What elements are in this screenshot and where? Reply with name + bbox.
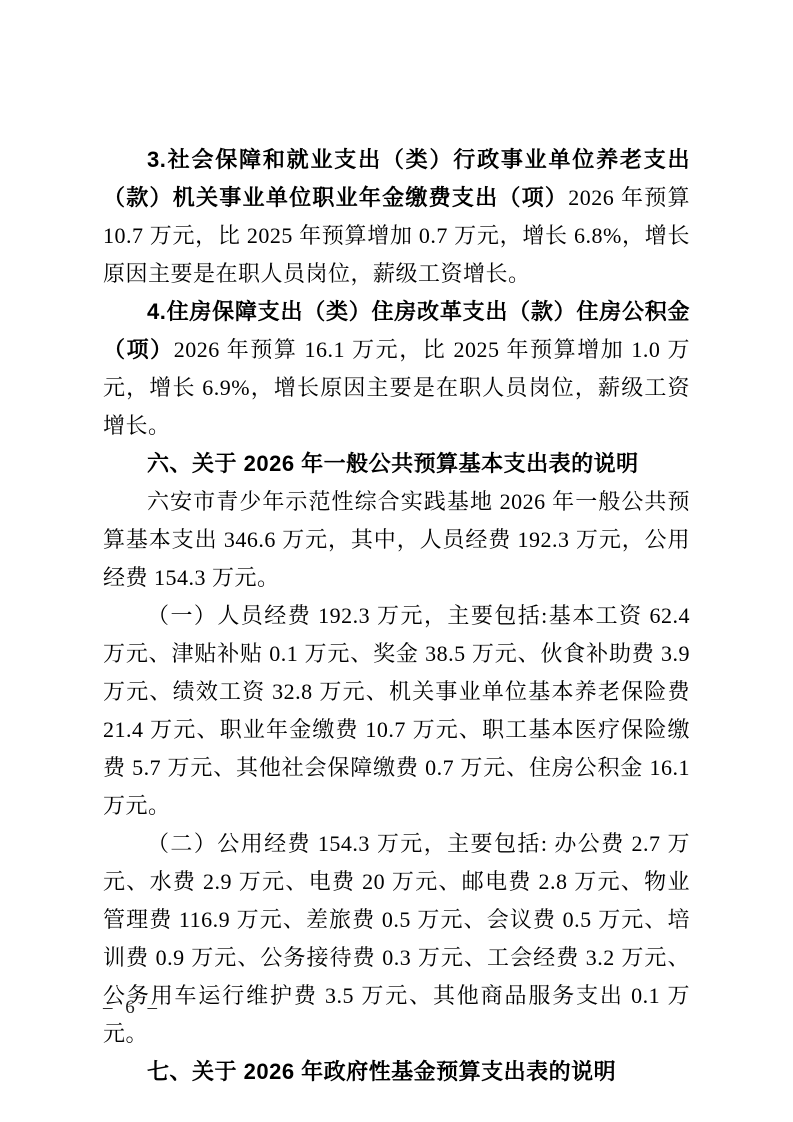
paragraph-social-security-expenditure: 3.社会保障和就业支出（类）行政事业单位养老支出（款）机关事业单位职业年金缴费支…: [103, 141, 690, 293]
section-heading-seven: 七、关于 2026 年政府性基金预算支出表的说明: [103, 1053, 690, 1091]
section-heading-six: 六、关于 2026 年一般公共预算基本支出表的说明: [103, 445, 690, 483]
paragraph-housing-expenditure: 4.住房保障支出（类）住房改革支出（款）住房公积金（项）2026 年预算 16.…: [103, 293, 690, 445]
paragraph-body-text: 2026 年预算 16.1 万元，比 2025 年预算增加 1.0 万元，增长 …: [103, 337, 690, 438]
document-content: 3.社会保障和就业支出（类）行政事业单位养老支出（款）机关事业单位职业年金缴费支…: [103, 141, 690, 1091]
paragraph-personnel-funds-detail: （一）人员经费 192.3 万元，主要包括:基本工资 62.4 万元、津贴补贴 …: [103, 597, 690, 825]
document-page: 3.社会保障和就业支出（类）行政事业单位养老支出（款）机关事业单位职业年金缴费支…: [0, 0, 793, 1122]
paragraph-public-funds-detail: （二）公用经费 154.3 万元，主要包括: 办公费 2.7 万元、水费 2.9…: [103, 825, 690, 1053]
page-number: – 6 –: [103, 996, 161, 1020]
paragraph-basic-expenditure-summary: 六安市青少年示范性综合实践基地 2026 年一般公共预算基本支出 346.6 万…: [103, 483, 690, 597]
